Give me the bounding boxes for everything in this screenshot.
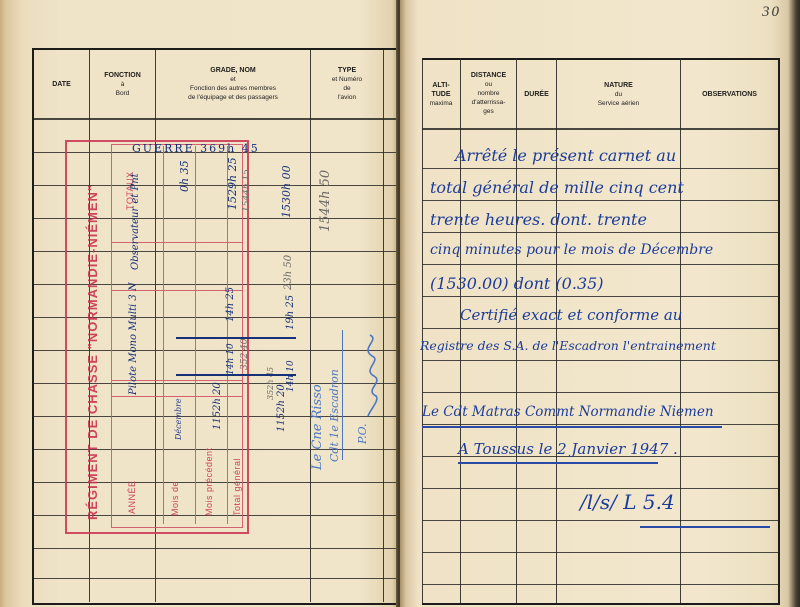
header-duree: DURÉE — [517, 62, 556, 126]
header-nature: NATURE du Service aérien — [557, 62, 680, 126]
header-duree-title: DURÉE — [524, 90, 549, 99]
header-distance-sub: nombre — [477, 89, 499, 98]
stamp-mois-precedent-pencil: 352 40 — [240, 339, 250, 371]
handwritten-line-7: Registre des S.A. de l'Escadron l'entrai… — [420, 338, 716, 353]
pencil-note: 1544h 50 — [318, 170, 333, 232]
handwritten-line-2: total général de mille cinq cent — [430, 178, 684, 197]
header-distance-sub: ou — [485, 80, 492, 89]
header-date: DATE — [34, 52, 89, 116]
stamp-obs-col-b: 19h 25 — [285, 295, 296, 330]
grid-line — [422, 58, 423, 603]
grid-line — [310, 50, 311, 602]
stamp-title: RÉGIMENT DE CHASSE "NORMANDIE-NIÉMEN" — [85, 184, 100, 520]
header-type-sub: de — [343, 84, 350, 93]
grid-line — [422, 360, 778, 361]
header-distance: DISTANCE ou nombre d'atterrissa- ges — [461, 60, 516, 126]
stamp-line — [111, 396, 243, 397]
signature-text: /l/s/ L 5.4 — [580, 490, 675, 514]
header-type-sub: l'avion — [338, 93, 356, 102]
handwritten-line-1: Arrêté le présent carnet au — [455, 146, 676, 165]
header-observations: OBSERVATIONS — [681, 62, 778, 126]
grid-line — [422, 552, 778, 553]
header-date-title: DATE — [52, 80, 71, 89]
right-table-frame — [422, 58, 780, 605]
stamp-label-mois-precedent: Mois précédent — [204, 447, 214, 516]
page-number: 30 — [762, 4, 781, 21]
grid-line — [422, 232, 778, 233]
grid-line — [422, 392, 778, 393]
header-fonction-sub: Bord — [116, 89, 130, 98]
header-fonction-sub: à — [121, 80, 125, 89]
stamp-mois-precedent-hours: 1152h 20 — [212, 382, 223, 430]
header-grade-sub: de l'équipage et des passagers — [188, 93, 278, 102]
header-grade-sub: Fonction des autres membres — [190, 84, 276, 93]
stamp-mois-precedent-obs: 14h 10 — [226, 343, 236, 375]
stamp-obs-col-c: 23h 50 — [283, 255, 294, 290]
grid-line — [422, 328, 778, 329]
stamp-extra-pencil: 352h 45 — [266, 367, 275, 400]
grid-line — [422, 200, 778, 201]
header-nature-sub: Service aérien — [598, 99, 640, 108]
certification-line-1: Le Cne Risso — [310, 384, 325, 470]
handwritten-line-4: cinq minutes pour le mois de Décembre — [430, 242, 713, 258]
stamp-totaux-mois: 0h 35 — [178, 160, 191, 192]
grid-line — [422, 424, 778, 425]
header-grade-title: GRADE, NOM — [210, 66, 256, 75]
ink-rule — [176, 337, 296, 339]
stamp-totaux-precedent-pencil: 1544h 15 — [242, 169, 252, 212]
grid-line — [680, 58, 681, 603]
header-type-title: TYPE — [338, 66, 356, 75]
handwritten-line-9: A Toussus le 2 Janvier 1947 . — [458, 440, 678, 458]
header-type-sub: et Numéro — [332, 75, 362, 84]
header-separator — [34, 118, 400, 120]
stamp-label-annee: ANNÉE — [127, 480, 137, 514]
header-type: TYPE et Numéro de l'avion — [311, 52, 383, 116]
grid-line — [422, 264, 778, 265]
stamp-line — [195, 146, 196, 524]
header-altitude-title: ALTI- — [432, 81, 449, 90]
grid-line — [34, 578, 400, 579]
stamp-mois-de-entry: Décembre — [174, 398, 183, 440]
stamp-line — [163, 146, 164, 524]
grid-line — [556, 58, 557, 603]
handwritten-line-6: Certifié exact et conforme au — [460, 306, 682, 324]
grid-line — [422, 520, 778, 521]
ink-underline — [422, 426, 722, 428]
stamp-observateur-entry: Observateur et Pnt — [130, 173, 141, 270]
stamp-totaux-general: 1530h 00 — [280, 165, 293, 218]
certification-signature-icon — [350, 330, 390, 420]
handwritten-line-8: Le Cdt Matras Commt Normandie Niemen — [422, 404, 714, 420]
ink-underline — [458, 462, 658, 464]
stamp-label-total-general: Total général — [232, 458, 242, 516]
certification-underline — [342, 330, 343, 460]
header-fonction: FONCTION à Bord — [90, 52, 155, 116]
handwritten-line-3: trente heures. dont. trente — [430, 210, 647, 229]
grid-line — [516, 58, 517, 603]
certification-initials: P.O. — [356, 423, 369, 444]
header-altitude-sub: TUDE — [431, 90, 450, 99]
header-nature-sub: du — [615, 90, 622, 99]
right-page: ALTI- TUDE maxima DISTANCE ou nombre d'a… — [400, 0, 800, 607]
certification-line-2: Cdt 1e Escadron — [328, 369, 341, 462]
header-distance-sub: ges — [483, 107, 493, 116]
grid-line — [34, 548, 400, 549]
header-distance-title: DISTANCE — [471, 71, 506, 80]
signature-underline — [640, 526, 770, 528]
stamp-total-general-obs: 14h 10 — [286, 360, 296, 392]
stamp-obs-col-a: 14h 25 — [225, 287, 236, 322]
grid-line — [422, 296, 778, 297]
header-grade-sub: et — [230, 75, 235, 84]
grid-line — [422, 584, 778, 585]
grid-line — [383, 50, 384, 602]
grid-line — [422, 488, 778, 489]
header-distance-sub: d'atterrissa- — [472, 98, 506, 107]
header-observations-title: OBSERVATIONS — [702, 90, 757, 99]
stamp-totaux-precedent: 1529h 25 — [226, 157, 239, 210]
ink-rule — [176, 374, 296, 376]
header-altitude: ALTI- TUDE maxima — [422, 62, 460, 126]
header-separator — [422, 128, 778, 130]
grid-line — [422, 168, 778, 169]
left-page: DATE FONCTION à Bord GRADE, NOM et Fonct… — [0, 0, 400, 607]
handwritten-line-5: (1530.00) dont (0.35) — [430, 274, 604, 293]
header-altitude-sub: maxima — [430, 99, 453, 108]
stamp-annee-entry: Pilote Mono Multi 3 N — [128, 282, 139, 395]
grid-line — [460, 58, 461, 603]
header-fonction-title: FONCTION — [104, 71, 141, 80]
stamp-label-mois-de: Mois de — [170, 481, 180, 516]
header-grade: GRADE, NOM et Fonction des autres membre… — [156, 52, 310, 116]
stamp-header-note: GUERRE 369h 45 — [132, 142, 260, 155]
header-nature-title: NATURE — [604, 81, 633, 90]
